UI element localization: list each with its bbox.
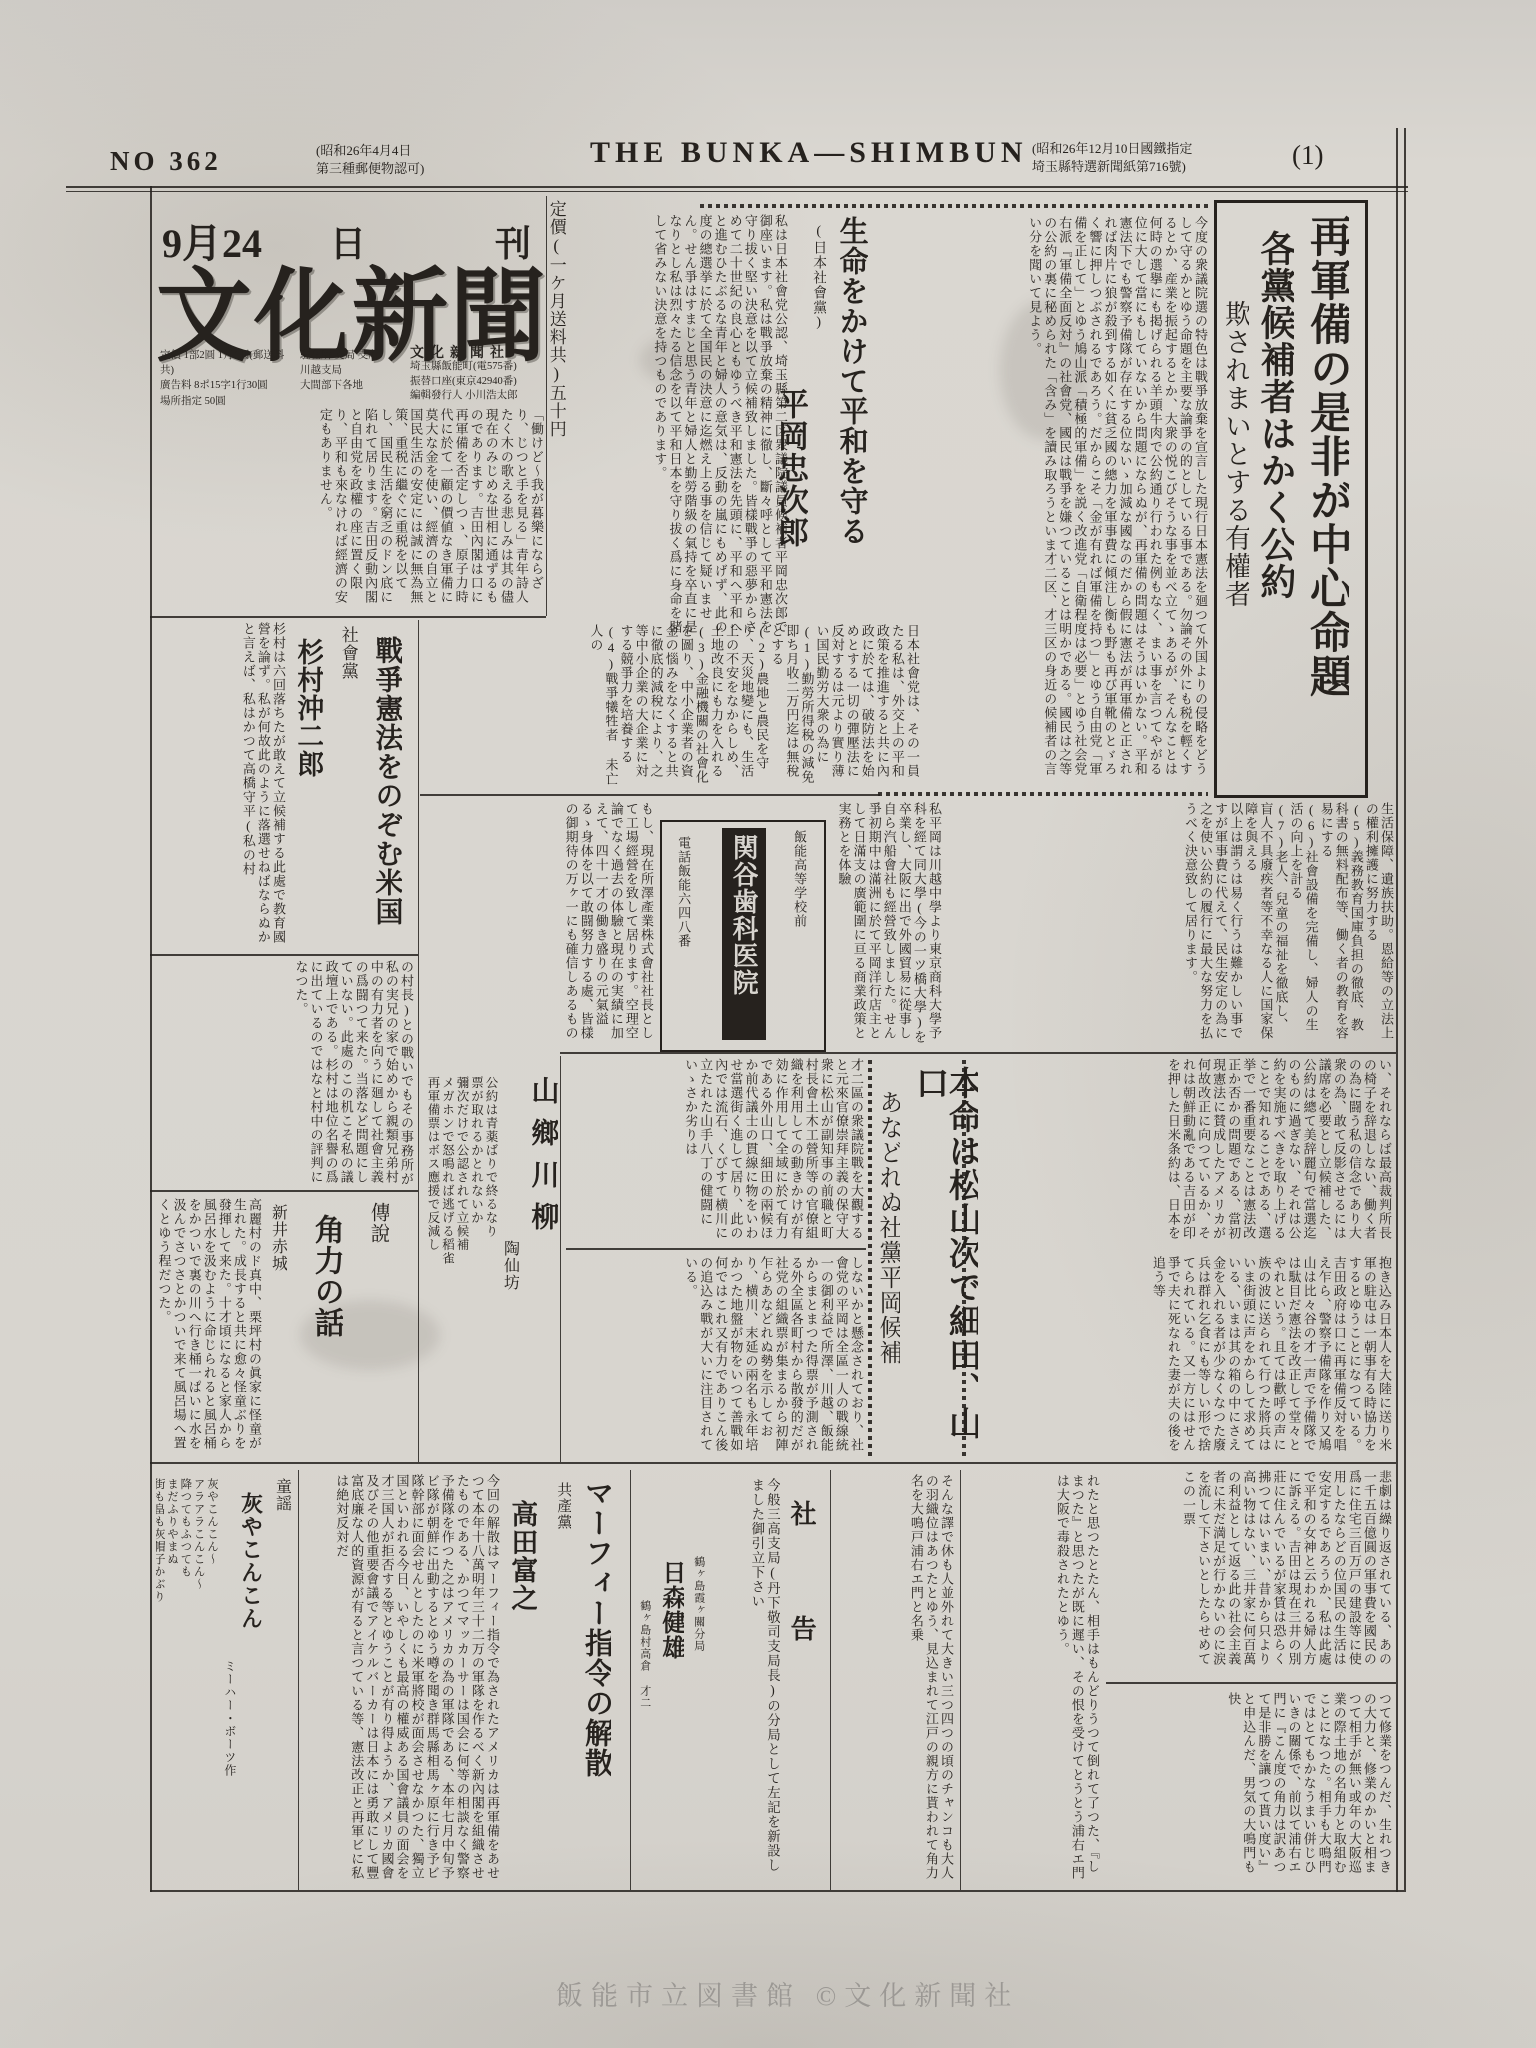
lead-headline-main: 再軍備の是非が中心命題	[1306, 214, 1349, 784]
douyou-poem: 灰やこんこん〜 アラアラこんこん〜 降つてもふつても まだふりやまぬ 街も畠も灰…	[156, 1478, 218, 1878]
senryu-title: 山鄉川柳	[526, 1076, 558, 1356]
critique-part1: い、それならば最高裁判所長の椅子を辞退しない、働く者の為に闘う私の信念であり大衆…	[974, 1058, 1392, 1244]
left-border-rule	[150, 186, 152, 1892]
statement-article-body: 「働けど〜我が暮樂にならざり、じつと手を見る」青年詩人たく木の歌える悲しみは其の…	[158, 408, 544, 614]
hiraoka-author-name: 平岡忠次郎	[772, 388, 808, 608]
right-border-rule-2	[1404, 128, 1406, 1892]
lead-bottom-wavy-rule	[878, 792, 1208, 796]
right-border-rule-1	[1396, 128, 1398, 1892]
publisher-info: 埼玉縣飯能町(電575番) 振替口座(東京42940番) 編輯發行人 小川浩太郎	[410, 360, 518, 404]
douyou-author: ミーハー・ボーツ作	[222, 1660, 236, 1840]
murphy-kicker: 共產黨	[554, 1482, 571, 1592]
shakoku-name: 日森健雄	[656, 1560, 684, 1720]
critique-part3: 悲劇は繰り返されている、あの一千五百億圓の軍事費を國民の爲に住宅三百万戸の建設等…	[1106, 1470, 1392, 1676]
price-note-column: 定價(一ケ月送料共)五十円	[546, 200, 566, 516]
hiraoka-article-body: 私は日本社會党公認、埼玉縣第二区衆議院議員候補者平岡忠次郎で御座います。私は戰爭…	[592, 214, 788, 638]
honmei-subhead: あなどれぬ社黨平岡候補	[876, 1090, 900, 1456]
lead-headline-sub1: 各黨候補者はかく公約	[1258, 230, 1294, 710]
hiraoka-career-b: もし、現在所澤產業株式會社社長として工場經營を致して居ります。空理空論でなく過去…	[566, 802, 654, 1050]
honmei-left-wavy-rule	[868, 1060, 872, 1456]
honmei-mid-rule	[566, 1248, 866, 1250]
densetsu-body: 高麗村のド真中、栗坪村の眞家に怪童が生れた。成長すると共に愈々怪童ぶりを發揮して…	[156, 1198, 262, 1460]
sugimura-right-rule	[418, 620, 419, 1462]
bureau-box: 駐在所 支局 支所 川越支局 大間部下各地	[298, 346, 402, 398]
postal-permit-right: (昭和26年12月10日國鐵指定 埼玉縣特選新聞紙第716號)	[1032, 140, 1192, 176]
band-rule-1462	[150, 1462, 1396, 1464]
densetsu-title: 角力の話	[308, 1214, 343, 1424]
lead-top-wavy-rule	[700, 204, 1208, 208]
bottom-rule-v-830	[830, 1470, 831, 1890]
densetsu-author: 新井赤城	[268, 1204, 287, 1324]
rates-box: 定價 1部2圓 1月1圓(郵送料共) 廣告料 8ポ15字1行30圓 場所指定 5…	[158, 346, 290, 398]
hiraoka-party-label: (日本社會黨)	[810, 224, 826, 424]
shakoku-branch: 鶴ヶ島霞ヶ關分局	[692, 1556, 705, 1706]
douyou-kicker: 童謡	[272, 1478, 291, 1548]
top-rule-2	[66, 191, 1408, 192]
bottom-rule-v-960	[960, 1470, 961, 1890]
sugimura-headline: 戰爭憲法をのぞむ米国	[370, 636, 402, 966]
newspaper-title-english: THE BUNKA—SHIMBUN	[590, 136, 1028, 170]
senryu-author: 陶仙坊	[500, 1240, 519, 1380]
statement-bottom-rule	[150, 616, 546, 618]
dental-ad-location: 飯能高等学校前	[792, 830, 807, 1042]
sugimura-bottom-rule	[150, 1190, 418, 1192]
shakoku-title: 社 告	[786, 1500, 816, 1700]
honmei-body-a: 才二區の衆議院戰を大觀すると元來官僚崇拜主義の保守大衆に松山が副知事の前職と町村…	[566, 1058, 864, 1244]
sugimura-author: 杉村沖二郎	[292, 638, 323, 828]
shakoku-body: 今般三高支局(丹下敬司支局長)の分局として左記を新設しました御引立下さい	[716, 1478, 780, 1878]
douyou-title: 灰やこんこん	[238, 1492, 264, 1662]
bottom-rule-v-298	[298, 1470, 299, 1890]
bureau-text: 駐在所 支局 支所 川越支局 大間部下各地	[300, 348, 379, 394]
right-mid-rule	[560, 1052, 1396, 1054]
sugimura-body-a: 杉村は六回落ちたが敢えて立候補する此處で教育國營を論ず。私が何故此のように落選せ…	[158, 622, 286, 950]
library-credit: 飯能市立図書館 ©文化新聞社	[556, 1974, 1019, 2013]
sumo-cont-a: そんな譯で休も人並外れて大きい三つ四つの頃のチャンコも大人の羽織位はあつたとゆう…	[834, 1474, 954, 1884]
lead-headline-sub2: 欺されまいとする有權者	[1222, 300, 1249, 774]
masthead-right-rule	[546, 196, 547, 616]
issue-number: NO 362	[110, 146, 222, 177]
publisher-name: 文化新聞社	[410, 342, 510, 362]
dental-ad-phone: 電話飯能六四八番	[676, 836, 691, 1040]
sugimura-mid-rule	[150, 954, 418, 956]
murphy-headline: マーフィー指令の解散	[582, 1478, 611, 1818]
hiraoka-article-title: 生命をかけて平和を守る	[834, 216, 868, 608]
postal-permit-left: (昭和26年4月4日 第三種郵便物認可)	[316, 142, 424, 178]
shakoku-address: 鶴ヶ島村高倉 才二	[638, 1600, 651, 1780]
sugimura-body-b: の村長)との戰いでもその事務所が私の実兄の家で始めから親類兄弟村中の有力者を向う…	[158, 960, 414, 1186]
densetsu-kicker: 傳說	[366, 1202, 389, 1282]
hiraoka-career-a: 私平岡は川越中學より東京商科大學予科を經て同大學(今の一ツ橋大學)を卒業し、大阪…	[826, 802, 942, 1050]
hiraoka-policies-b: 生活保障、遺族扶助。恩給等の立法上の權利擁護に努力する (5)義務教育国庫負担の…	[948, 802, 1394, 1042]
senryu-right-rule	[560, 1056, 561, 1462]
page-number: (1)	[1292, 140, 1323, 171]
bottom-rule-v-630	[630, 1470, 631, 1890]
sumo-cont-c: れたと思つたとたん、相手はもんどりうつて倒れて了つた、『しまつた』と思つたが既に…	[966, 1474, 1100, 1884]
rates-text: 定價 1部2圓 1月1圓(郵送料共) 廣告料 8ポ15字1行30圓 場所指定 5…	[160, 348, 290, 409]
sugimura-kicker: 社會黨	[338, 626, 358, 726]
honmei-headline: 本命は松山次で細田、山口	[912, 1066, 978, 1458]
top-rule-1	[66, 186, 1408, 188]
murphy-body: 今回の解散はマーフィー指令で為されたアメリカは再軍備をあせつて本年十八萬明年三十…	[302, 1474, 500, 1884]
bottom-border-rule	[150, 1890, 1404, 1892]
critique-part2: 抱き込み日本人を大陸に送り米軍の駐屯は一朝事有る時協力をするとゆうことになつてい…	[974, 1256, 1392, 1454]
critique-bottom-rule	[1106, 1682, 1396, 1684]
newspaper-scan-page: { "colors": { "paper": "#d8d5cf", "ink":…	[0, 0, 1536, 2048]
publisher-box: 文化新聞社 埼玉縣飯能町(電575番) 振替口座(東京42940番) 編輯發行人…	[408, 342, 548, 400]
lead-article-body: 今度の衆議院選の特色は戰爭放棄を宣言した現行日本憲法を廻つて外国よりの侵略をどう…	[878, 216, 1208, 788]
dental-ad-name: 関谷歯科医院	[728, 834, 758, 1038]
senryu-poems: 公約は青薬ばりで終るなり 票が取れるかとれないか 彌次だけで公認されて立候補 メ…	[424, 1076, 498, 1456]
hiraoka-policies-a: 日本社會党は、その一員たる私は、外交上の平和政策を推進すると共に內政に於ては、破…	[420, 624, 920, 790]
honmei-body-b: しないかと懸念されており、社會党の平岡は全區一人の戰線統一の御利益で所澤、川越、…	[566, 1256, 864, 1454]
murphy-author: 高田富之	[506, 1500, 537, 1740]
policies-bottom-rule	[420, 794, 880, 796]
sumo-cont-b: つて修業をつんだ、生れつきの大力と、修業のかいと相まつて相手が無い或年の大阪巡業…	[1106, 1692, 1392, 1886]
